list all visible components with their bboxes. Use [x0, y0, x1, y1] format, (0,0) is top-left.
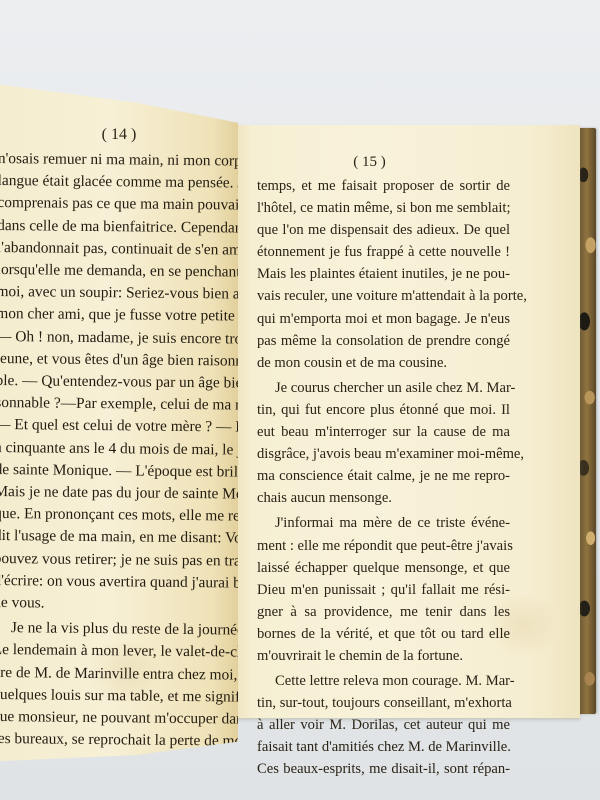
- text-line: pas même la consolation de prendre congé: [257, 330, 510, 352]
- text-line: vais reculer, une voiture m'attendait à …: [257, 285, 510, 307]
- marbled-cover-edge: [578, 128, 596, 714]
- text-line: Ces beaux-esprits, me disait-il, sont ré…: [257, 758, 510, 780]
- text-line: dit l'usage de ma main, en me disant: Vo…: [0, 525, 242, 550]
- text-line: — Et quel est celui de votre mère ? — El…: [0, 414, 243, 439]
- text-line: l'hôtel, ce matin même, si bon me sembla…: [257, 197, 510, 219]
- text-line: de vous.: [0, 592, 241, 617]
- text-line: moi, avec un soupir: Seriez-vous bien ai…: [0, 281, 245, 306]
- text-line: gner à sa providence, me tenir dans les: [257, 601, 510, 623]
- text-line: Dieu m'en punissait ; qu'il fallait me r…: [257, 579, 510, 601]
- text-line: de sainte Monique. — L'époque est brilla…: [0, 459, 243, 484]
- text-line: Cette lettre releva mon courage. M. Mar-: [257, 670, 510, 692]
- text-line: comprenais pas ce que ma main pouvait fa…: [0, 192, 246, 217]
- text-line: pouvez vous retirer; je ne suis pas en t…: [0, 548, 242, 573]
- text-line: tin, sur-tout, toujours conseillant, m'e…: [257, 692, 510, 714]
- text-line: que monsieur, ne pouvant m'occuper dans: [0, 706, 240, 731]
- text-line: que. En prononçant ces mots, elle me ren: [0, 503, 242, 528]
- text-line: ment : elle me répondit que peut-être j'…: [257, 535, 510, 557]
- text-line: mon cher ami, que je fusse votre petite …: [0, 303, 244, 328]
- left-page-text: n'osais remuer ni ma main, ni mon corps;…: [0, 148, 246, 753]
- left-page: ( 14 ) n'osais remuer ni ma main, ni mon…: [0, 82, 238, 762]
- text-line: Je courus chercher un asile chez M. Mar-: [257, 377, 510, 399]
- text-line: a cinquante ans le 4 du mois de mai, le …: [0, 437, 243, 462]
- text-line: dans celle de ma bienfaitrice. Cependant…: [0, 215, 245, 240]
- text-line: Je ne la vis plus du reste de la journée: [0, 617, 241, 642]
- photo-scene: ( 15 ) temps, et me faisait proposer de …: [0, 0, 600, 800]
- text-line: étonnement je fus frappé à cette nouvell…: [257, 241, 510, 263]
- text-line: qui m'emporta moi et mon bagage. Je n'eu…: [257, 308, 510, 330]
- page-number-14: ( 14 ): [0, 126, 258, 144]
- text-line: Mais je ne date pas du jour de sainte Mo…: [0, 481, 242, 506]
- text-line: laissé échapper quelque mensonge, et que: [257, 557, 510, 579]
- text-line: l'abandonnait pas, continuait de s'en am…: [0, 237, 245, 262]
- text-line: Le lendemain à mon lever, le valet-de-ch…: [0, 639, 241, 664]
- text-line: eut beau m'interroger sur la cause de ma: [257, 421, 510, 443]
- right-page: ( 15 ) temps, et me faisait proposer de …: [232, 125, 580, 718]
- text-line: bornes de la vérité, et que tôt ou tard …: [257, 623, 510, 645]
- text-line: d'écrire: on vous avertira quand j'aurai…: [0, 570, 242, 595]
- text-line: n'osais remuer ni ma main, ni mon corps;…: [0, 148, 246, 173]
- text-line: langue était glacée comme ma pensée. Je …: [0, 170, 246, 195]
- text-line: de mon cousin et de ma cousine.: [257, 352, 510, 374]
- text-line: ble. — Qu'entendez-vous par un âge bien …: [0, 370, 244, 395]
- page-number-15: ( 15 ): [232, 154, 507, 171]
- text-line: m'ouvrirait le chemin de la fortune.: [257, 645, 510, 667]
- text-line: — Oh ! non, madame, je suis encore tro: [0, 326, 244, 351]
- text-line: quelques louis sur ma table, et me signi…: [0, 684, 240, 709]
- text-line: chais aucun mensonge.: [257, 487, 510, 509]
- text-line: Mais les plaintes étaient inutiles, je n…: [257, 263, 510, 285]
- text-line: tin, qui fut encore plus étonné que moi.…: [257, 399, 510, 421]
- text-line: faisait tant d'amitiés chez M. de Marinv…: [257, 736, 510, 758]
- text-line: à aller voir M. Dorilas, cet auteur qui …: [257, 714, 510, 736]
- text-line: bre de M. de Marinville entra chez moi, …: [0, 662, 241, 687]
- text-line: disgrâce, j'avois beau m'examiner moi-mê…: [257, 443, 510, 465]
- text-line: ma conscience était calme, je ne me repr…: [257, 465, 510, 487]
- text-line: J'informai ma mère de ce triste événe-: [257, 512, 510, 534]
- right-page-text: temps, et me faisait proposer de sortir …: [257, 175, 510, 781]
- text-line: ses bureaux, se reprochait la perte de m…: [0, 728, 240, 753]
- text-line: lorsqu'elle me demanda, en se penchant v…: [0, 259, 245, 284]
- text-line: que l'on me dispensait des adieux. De qu…: [257, 219, 510, 241]
- text-line: temps, et me faisait proposer de sortir …: [257, 175, 510, 197]
- text-line: sonnable ?—Par exemple, celui de ma mère: [0, 392, 243, 417]
- text-line: jeune, et vous êtes d'un âge bien raison…: [0, 348, 244, 373]
